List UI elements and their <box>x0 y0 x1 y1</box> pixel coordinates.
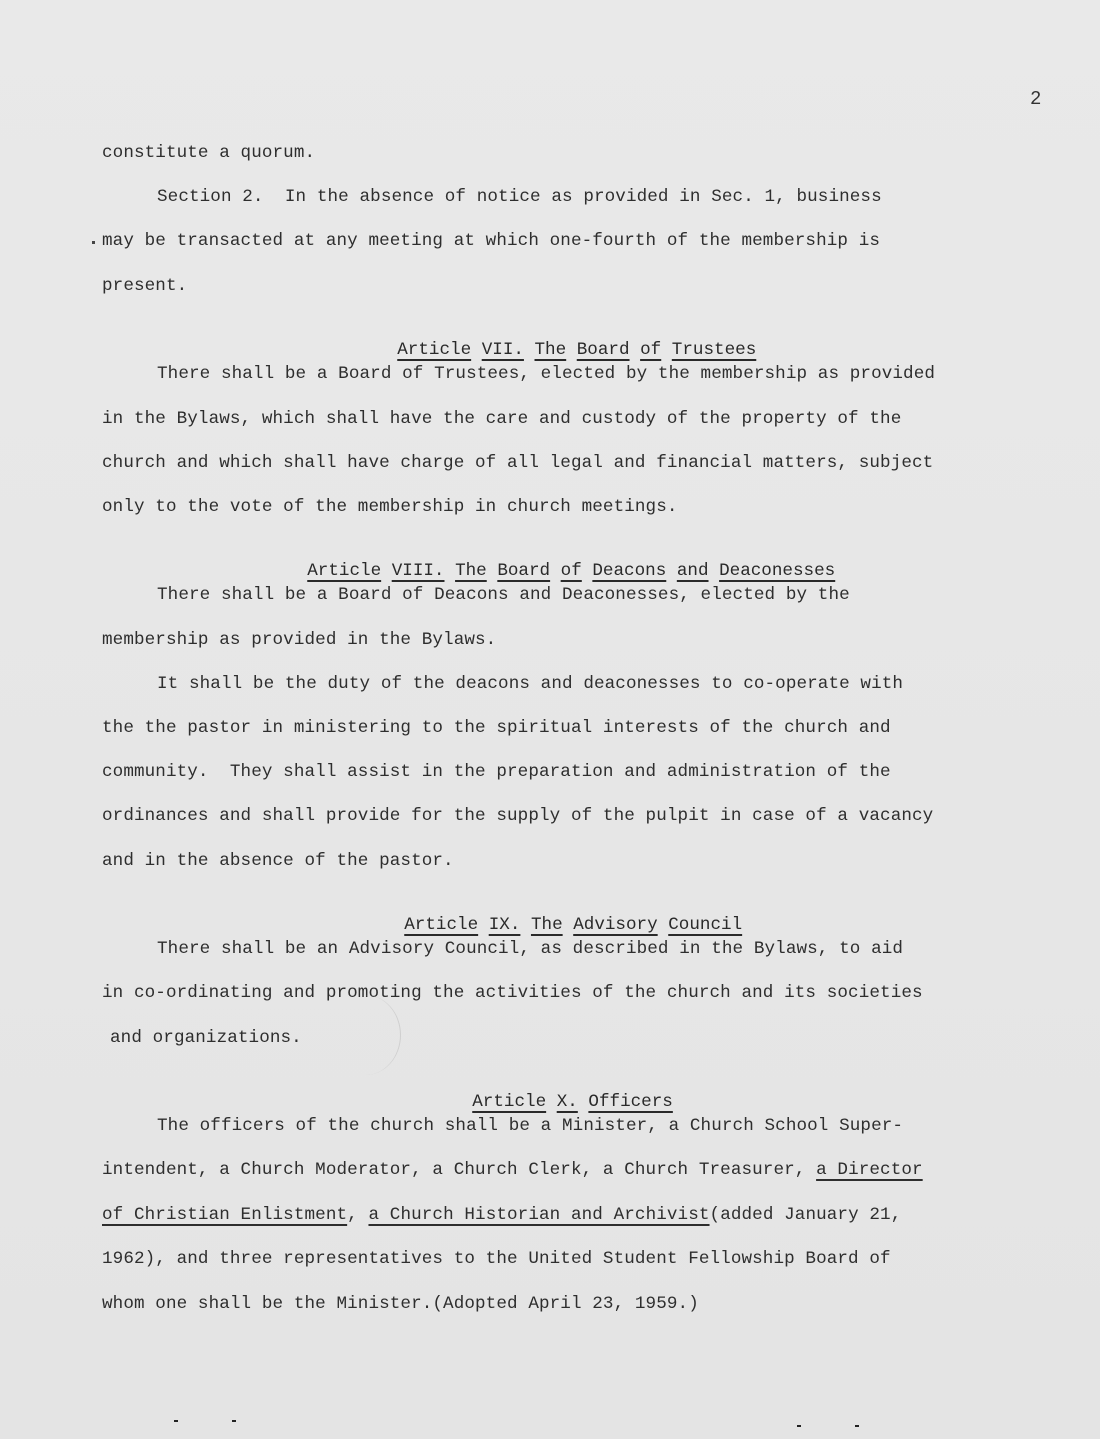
body-line: may be transacted at any meeting at whic… <box>102 231 880 251</box>
heading-word: of <box>561 561 582 581</box>
body-line: constitute a quorum. <box>102 143 315 163</box>
amendment-underlined: a Director <box>816 1160 923 1180</box>
binder-hole-mark <box>174 1420 236 1422</box>
heading-word: Board <box>577 340 630 360</box>
heading-word: The <box>455 561 487 581</box>
heading-word: Deacons <box>592 561 666 581</box>
heading-word: Advisory <box>573 915 657 935</box>
text-run: , <box>347 1205 368 1225</box>
body-line: There shall be an Advisory Council, as d… <box>157 939 903 959</box>
body-line: 1962), and three representatives to the … <box>102 1249 891 1269</box>
heading-word: Article <box>397 340 471 360</box>
page-number: 2 <box>1030 88 1041 110</box>
heading-word: Council <box>668 915 742 935</box>
heading-word: Trustees <box>672 340 756 360</box>
body-line: church and which shall have charge of al… <box>102 453 933 473</box>
heading-word: IX. <box>489 915 521 935</box>
body-line: It shall be the duty of the deacons and … <box>157 674 903 694</box>
body-line: whom one shall be the Minister.(Adopted … <box>102 1294 699 1314</box>
margin-mark <box>92 241 95 244</box>
heading-word: Deaconesses <box>719 561 835 581</box>
heading-word: X. <box>557 1092 578 1112</box>
body-line: The officers of the church shall be a Mi… <box>157 1116 903 1136</box>
body-line: of Christian Enlistment, a Church Histor… <box>102 1205 901 1225</box>
text-run: intendent, a Church Moderator, a Church … <box>102 1160 816 1180</box>
document-page: 2 constitute a quorum. Section 2. In the… <box>0 0 1100 1439</box>
body-line: and in the absence of the pastor. <box>102 851 454 871</box>
body-line: in co-ordinating and promoting the activ… <box>102 983 923 1003</box>
heading-word: VIII. <box>392 561 445 581</box>
body-line: There shall be a Board of Trustees, elec… <box>157 364 935 384</box>
body-line: There shall be a Board of Deacons and De… <box>157 585 850 605</box>
heading-word: Board <box>497 561 550 581</box>
body-line: the the pastor in ministering to the spi… <box>102 718 891 738</box>
heading-word: The <box>535 340 567 360</box>
heading-word: The <box>531 915 563 935</box>
heading-word: Officers <box>588 1092 672 1112</box>
heading-word: Article <box>472 1092 546 1112</box>
body-line: and organizations. <box>110 1028 302 1048</box>
body-line: in the Bylaws, which shall have the care… <box>102 409 901 429</box>
amendment-underlined: of Christian Enlistment <box>102 1205 347 1225</box>
amendment-note: (added January 21, <box>710 1205 902 1225</box>
paper-crease <box>330 995 401 1075</box>
body-line: intendent, a Church Moderator, a Church … <box>102 1160 923 1180</box>
heading-word: and <box>677 561 709 581</box>
binder-hole-mark <box>797 1425 859 1427</box>
section-2-line: Section 2. In the absence of notice as p… <box>157 187 882 207</box>
body-line: membership as provided in the Bylaws. <box>102 630 496 650</box>
amendment-underlined: a Church Historian and Archivist <box>368 1205 709 1225</box>
body-line: present. <box>102 276 187 296</box>
body-line: only to the vote of the membership in ch… <box>102 497 678 517</box>
heading-word: VII. <box>482 340 524 360</box>
body-line: community. They shall assist in the prep… <box>102 762 891 782</box>
heading-word: Article <box>307 561 381 581</box>
heading-word: Article <box>404 915 478 935</box>
heading-word: of <box>640 340 661 360</box>
body-line: ordinances and shall provide for the sup… <box>102 806 933 826</box>
